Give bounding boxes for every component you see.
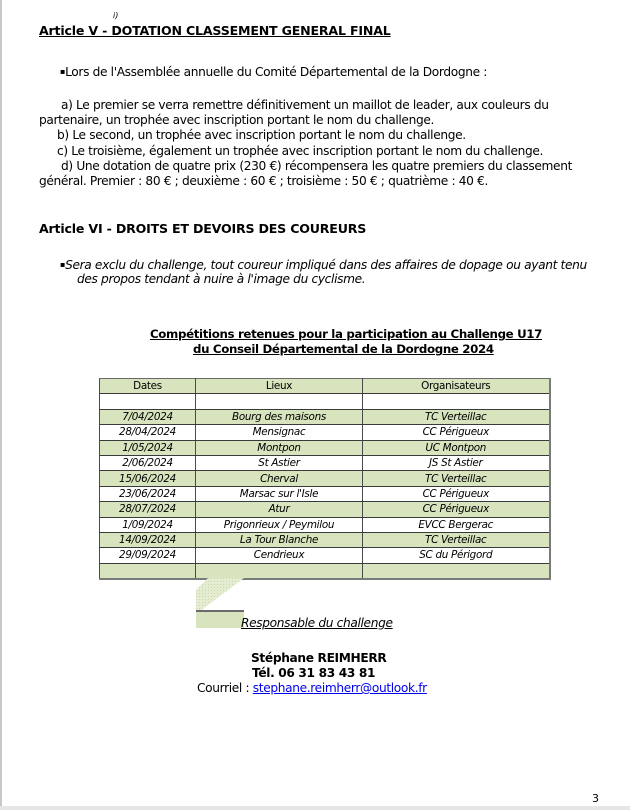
table-row: 2/06/2024St AstierJS St Astier [100, 455, 550, 470]
cell-organisateur: CC Périgueux [363, 425, 550, 440]
contact-email-label: Courriel : [197, 681, 253, 695]
table-row: 28/07/2024AturCC Périgueux [100, 502, 550, 517]
cell-lieu: Atur [196, 502, 363, 517]
table-row [100, 563, 550, 579]
contact-phone: Tél. 06 31 83 43 81 [252, 666, 375, 681]
article-v-item-d-line2: général. Premier : 80 € ; deuxième : 60 … [39, 174, 488, 189]
cell-date [100, 394, 196, 409]
footnote-mark: i) [113, 11, 118, 20]
page-number: 3 [592, 792, 599, 805]
cell-lieu: Cendrieux [196, 548, 363, 563]
cell-lieu [196, 394, 363, 409]
table-row: 1/05/2024MontponUC Montpon [100, 440, 550, 455]
article-vi-rule-line2: des propos tendant à nuire à l'image du … [77, 272, 365, 287]
page-left-border [0, 0, 2, 808]
decorative-shape-icon [196, 578, 246, 628]
cell-organisateur [363, 563, 550, 579]
table-row: 14/09/2024La Tour BlancheTC Verteillac [100, 532, 550, 547]
page-bottom-strip [0, 806, 630, 810]
cell-lieu: Marsac sur l'Isle [196, 486, 363, 501]
table-row: 29/09/2024CendrieuxSC du Périgord [100, 548, 550, 563]
table-row: 1/09/2024Prigonrieux / PeymilouEVCC Berg… [100, 517, 550, 532]
table-row: 23/06/2024Marsac sur l'IsleCC Périgueux [100, 486, 550, 501]
cell-date: 29/09/2024 [100, 548, 196, 563]
contact-email-link[interactable]: stephane.reimherr@outlook.fr [253, 681, 427, 695]
article-vi-title: Article VI - DROITS ET DEVOIRS DES COURE… [39, 221, 366, 236]
contact-name: Stéphane REIMHERR [251, 651, 386, 666]
cell-lieu: Cherval [196, 471, 363, 486]
cell-organisateur: CC Périgueux [363, 486, 550, 501]
cell-organisateur: CC Périgueux [363, 502, 550, 517]
cell-date: 14/09/2024 [100, 532, 196, 547]
cell-lieu: St Astier [196, 455, 363, 470]
cell-lieu: Montpon [196, 440, 363, 455]
cell-date: 7/04/2024 [100, 409, 196, 424]
article-vi-rule-text: Sera exclu du challenge, tout coureur im… [65, 258, 587, 272]
cell-lieu: Mensignac [196, 425, 363, 440]
article-v-intro: ▪Lors de l'Assemblée annuelle du Comité … [60, 64, 487, 80]
table-header-row: Dates Lieux Organisateurs [100, 379, 550, 394]
cell-lieu [196, 563, 363, 579]
table-row: 15/06/2024ChervalTC Verteillac [100, 471, 550, 486]
cell-date: 28/07/2024 [100, 502, 196, 517]
competitions-table: Dates Lieux Organisateurs 7/04/2024Bourg… [99, 378, 551, 580]
column-header-dates: Dates [100, 379, 196, 394]
column-header-organisateurs: Organisateurs [363, 379, 550, 394]
contact-email-line: Courriel : stephane.reimherr@outlook.fr [197, 681, 427, 696]
article-v-item-a-line1: a) Le premier se verra remettre définiti… [61, 98, 549, 113]
article-v-title: Article V - DOTATION CLASSEMENT GENERAL … [39, 23, 391, 38]
cell-lieu: La Tour Blanche [196, 532, 363, 547]
cell-organisateur: UC Montpon [363, 440, 550, 455]
table-row: 28/04/2024MensignacCC Périgueux [100, 425, 550, 440]
article-vi-rule-line1: ▪Sera exclu du challenge, tout coureur i… [60, 257, 587, 273]
cell-date: 2/06/2024 [100, 455, 196, 470]
cell-organisateur: TC Verteillac [363, 532, 550, 547]
cell-organisateur: EVCC Bergerac [363, 517, 550, 532]
article-v-item-c: c) Le troisième, également un trophée av… [57, 144, 543, 159]
article-v-intro-text: Lors de l'Assemblée annuelle du Comité D… [65, 65, 487, 79]
cell-organisateur: TC Verteillac [363, 471, 550, 486]
contact-role: Responsable du challenge [241, 616, 393, 631]
cell-organisateur: SC du Périgord [363, 548, 550, 563]
column-header-lieux: Lieux [196, 379, 363, 394]
cell-date [100, 563, 196, 579]
cell-lieu: Bourg des maisons [196, 409, 363, 424]
article-v-item-a-line2: partenaire, un trophée avec inscription … [39, 113, 434, 128]
cell-organisateur: TC Verteillac [363, 409, 550, 424]
article-v-item-d-line1: d) Une dotation de quatre prix (230 €) r… [61, 159, 572, 174]
article-v-item-b: b) Le second, un trophée avec inscriptio… [57, 128, 466, 143]
cell-date: 28/04/2024 [100, 425, 196, 440]
cell-date: 15/06/2024 [100, 471, 196, 486]
cell-date: 23/06/2024 [100, 486, 196, 501]
cell-organisateur: JS St Astier [363, 455, 550, 470]
table-row [100, 394, 550, 409]
cell-date: 1/05/2024 [100, 440, 196, 455]
cell-date: 1/09/2024 [100, 517, 196, 532]
competitions-title-line1: Compétitions retenues pour la participat… [150, 327, 542, 342]
cell-organisateur [363, 394, 550, 409]
table-row: 7/04/2024Bourg des maisonsTC Verteillac [100, 409, 550, 424]
cell-lieu: Prigonrieux / Peymilou [196, 517, 363, 532]
competitions-title-line2: du Conseil Départemental de la Dordogne … [193, 342, 494, 357]
